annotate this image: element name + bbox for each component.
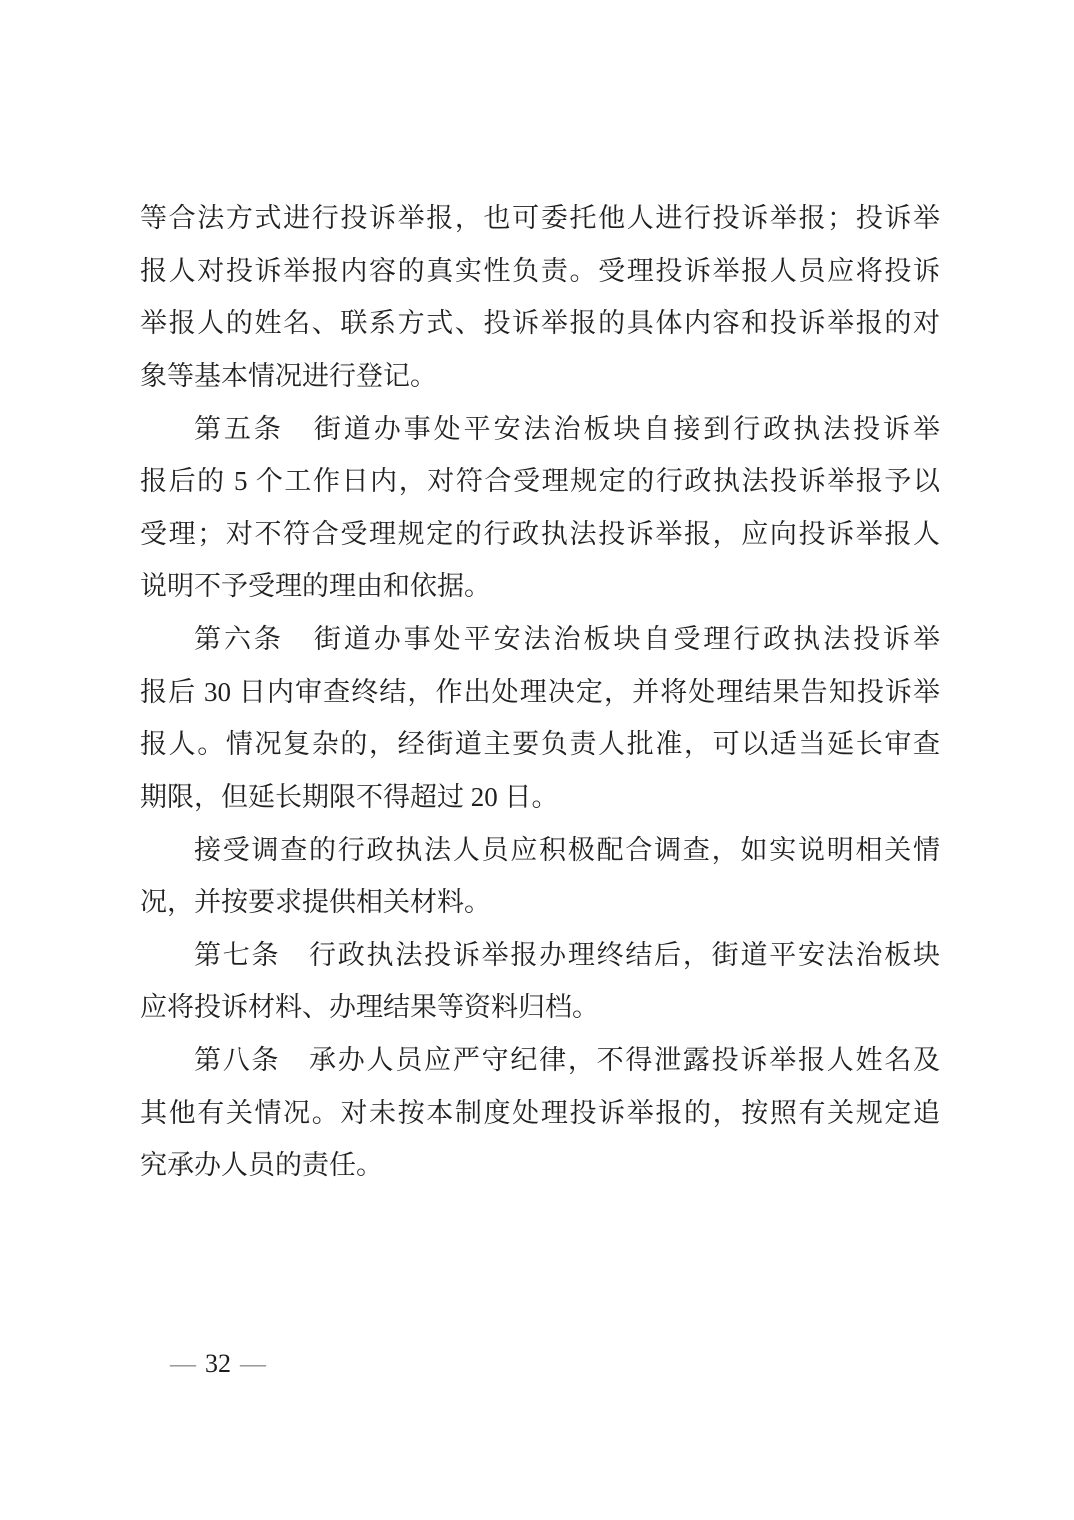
page-footer: —32— xyxy=(170,1344,266,1384)
body-text: 等合法方式进行投诉举报，也可委托他人进行投诉举报；投诉举报人对投诉举报内容的真实… xyxy=(140,192,940,1192)
text-line: 象等基本情况进行登记。 xyxy=(140,350,940,403)
footer-dash-right: — xyxy=(240,1349,266,1378)
text-line: 期限，但延长期限不得超过 20 日。 xyxy=(140,771,940,824)
text-line: 报人。情况复杂的，经街道主要负责人批准，可以适当延长审查 xyxy=(140,718,940,771)
text-line: 况，并按要求提供相关材料。 xyxy=(140,876,940,929)
text-line: 其他有关情况。对未按本制度处理投诉举报的，按照有关规定追 xyxy=(140,1087,940,1140)
text-line: 应将投诉材料、办理结果等资料归档。 xyxy=(140,981,940,1034)
text-line: 说明不予受理的理由和依据。 xyxy=(140,560,940,613)
page-number: 32 xyxy=(205,1349,231,1378)
text-line: 报后 30 日内审查终结，作出处理决定，并将处理结果告知投诉举 xyxy=(140,666,940,719)
text-line: 报后的 5 个工作日内，对符合受理规定的行政执法投诉举报予以 xyxy=(140,455,940,508)
text-line: 接受调查的行政执法人员应积极配合调查，如实说明相关情 xyxy=(140,824,940,877)
text-line: 报人对投诉举报内容的真实性负责。受理投诉举报人员应将投诉 xyxy=(140,245,940,298)
text-line: 第六条 街道办事处平安法治板块自受理行政执法投诉举 xyxy=(140,613,940,666)
text-line: 受理；对不符合受理规定的行政执法投诉举报，应向投诉举报人 xyxy=(140,508,940,561)
text-line: 第八条 承办人员应严守纪律，不得泄露投诉举报人姓名及 xyxy=(140,1034,940,1087)
text-line: 等合法方式进行投诉举报，也可委托他人进行投诉举报；投诉举 xyxy=(140,192,940,245)
text-line: 举报人的姓名、联系方式、投诉举报的具体内容和投诉举报的对 xyxy=(140,297,940,350)
document-page: 等合法方式进行投诉举报，也可委托他人进行投诉举报；投诉举报人对投诉举报内容的真实… xyxy=(0,0,1074,1520)
text-line: 究承办人员的责任。 xyxy=(140,1139,940,1192)
text-line: 第五条 街道办事处平安法治板块自接到行政执法投诉举 xyxy=(140,403,940,456)
text-line: 第七条 行政执法投诉举报办理终结后，街道平安法治板块 xyxy=(140,929,940,982)
footer-dash-left: — xyxy=(170,1349,196,1378)
